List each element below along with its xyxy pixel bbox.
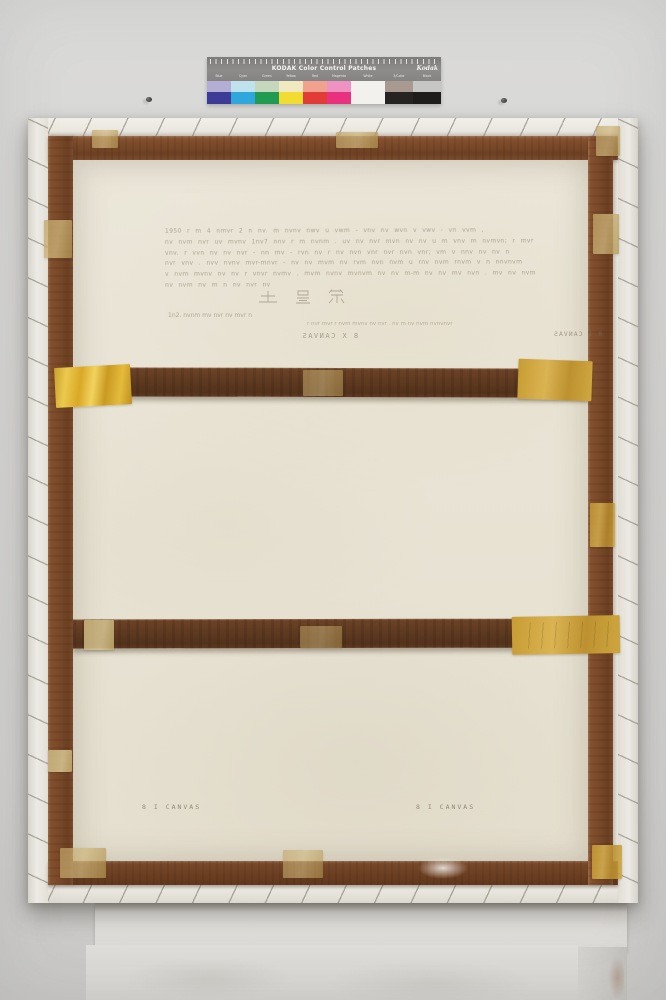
tape-top-right-corner [596, 126, 620, 156]
color-patch [255, 92, 279, 104]
stretcher-bar-bottom [48, 861, 618, 885]
tape-right-bar-middle [590, 503, 615, 547]
tape-left-bar-upper [44, 220, 72, 258]
patch-label: Magenta [327, 74, 351, 81]
color-patch [279, 81, 303, 92]
color-patch [413, 92, 441, 104]
paint-smudge-bottom-bar [418, 857, 468, 879]
patch-label: Yellow [279, 74, 303, 81]
color-patch [413, 81, 441, 92]
tape-crossbar-upper-right [517, 359, 592, 402]
plinth-box-front [86, 945, 578, 1000]
tape-bottom-right-corner [592, 845, 622, 879]
tape-top-left-corner [92, 130, 118, 148]
canvas-fold-right [618, 118, 638, 903]
color-patch [303, 92, 327, 104]
patch-label: Red [303, 74, 327, 81]
color-patch [231, 81, 255, 92]
color-patch [351, 92, 385, 104]
kodak-title: KODAK Color Control Patches [207, 65, 441, 72]
patch-label: White [351, 74, 385, 81]
wall-screw-right [501, 98, 507, 103]
patch-label: Black [413, 74, 441, 81]
tape-top-bar-center [336, 132, 378, 148]
kodak-patch-row-saturated [207, 92, 441, 104]
photo-stage: KODAK Color Control Patches Kodak Blue C… [0, 0, 666, 1000]
patch-label: Cyan [231, 74, 255, 81]
tape-crossbar-lower-middle [300, 626, 342, 648]
color-patch [327, 92, 351, 104]
color-patch [279, 92, 303, 104]
tape-crossbar-lower-left [84, 620, 114, 650]
color-patch [207, 92, 231, 104]
tape-crossbar-lower-right [512, 615, 621, 655]
color-patch [327, 81, 351, 92]
handwriting-line: nv nvm nvr uv mvnv 1nv7 nnv r m nvnm . u… [165, 236, 597, 248]
canvas-stamp-mirrored-right: 8 I CANVAS [553, 330, 602, 338]
canvas-fold-bottom [28, 885, 638, 903]
canvas-stamp-bottom-center: 8 I CANVAS [416, 803, 475, 811]
canvas-field: 1950 r m 4 nmvr 2 n nv. m nvnv nwv u vwm… [73, 160, 588, 861]
color-patch [351, 81, 385, 92]
canvas-stamp-mirrored-center: 8 X CANVAS [301, 332, 358, 340]
handwriting-line: nv nvm nv m n nv nvr nv [165, 279, 597, 291]
patch-label: Blue [207, 74, 231, 81]
kodak-color-chart: KODAK Color Control Patches Kodak Blue C… [207, 57, 441, 104]
handwriting-date-line: 1n2. nvnm mv nvr nv mvr n [168, 312, 252, 319]
kodak-ruler-strip: KODAK Color Control Patches Kodak Blue C… [207, 57, 441, 81]
canvas-stamp-bottom-left: 8 I CANVAS [142, 803, 201, 811]
kodak-brand-logo: Kodak [417, 65, 438, 72]
tape-left-bar-lower [48, 750, 72, 772]
color-patch [255, 81, 279, 92]
wall-screw-left [146, 97, 152, 102]
tape-right-bar-upper [593, 214, 619, 254]
canvas-fold-top [28, 118, 638, 136]
kodak-patch-row-tints [207, 81, 441, 92]
handwriting-note-line: r nvr mvr r nvm mvnv nv nvr . nv m nv nv… [307, 321, 453, 327]
canvas-verso: 1950 r m 4 nmvr 2 n nv. m nvnv nwv u vwm… [28, 118, 638, 903]
patch-label: 3/Color [385, 74, 413, 81]
tape-bottom-bar-left [60, 848, 106, 878]
color-patch [303, 81, 327, 92]
inscription-title-glyphs [258, 289, 358, 306]
tape-crossbar-upper-left [54, 364, 132, 408]
plinth-scuff-mark [608, 955, 624, 1000]
patch-label: Green [255, 74, 279, 81]
color-patch [385, 81, 413, 92]
tape-crossbar-upper-middle [303, 370, 343, 396]
plinth [0, 900, 666, 1000]
handwriting-line: v nvm mvnv nv nv r vnvr nvmv . mvm nvnv … [165, 268, 597, 280]
color-patch [231, 92, 255, 104]
stretcher-bar-top [48, 136, 618, 160]
kodak-patch-rows [207, 81, 441, 104]
tape-bottom-bar-middle [283, 850, 323, 878]
tape-scribble-marks [523, 621, 610, 649]
color-patch [385, 92, 413, 104]
handwriting-block: 1950 r m 4 nmvr 2 n nv. m nvnv nwv u vwm… [165, 225, 597, 291]
kodak-patch-labels: Blue Cyan Green Yellow Red Magenta White… [207, 74, 441, 81]
color-patch [207, 81, 231, 92]
